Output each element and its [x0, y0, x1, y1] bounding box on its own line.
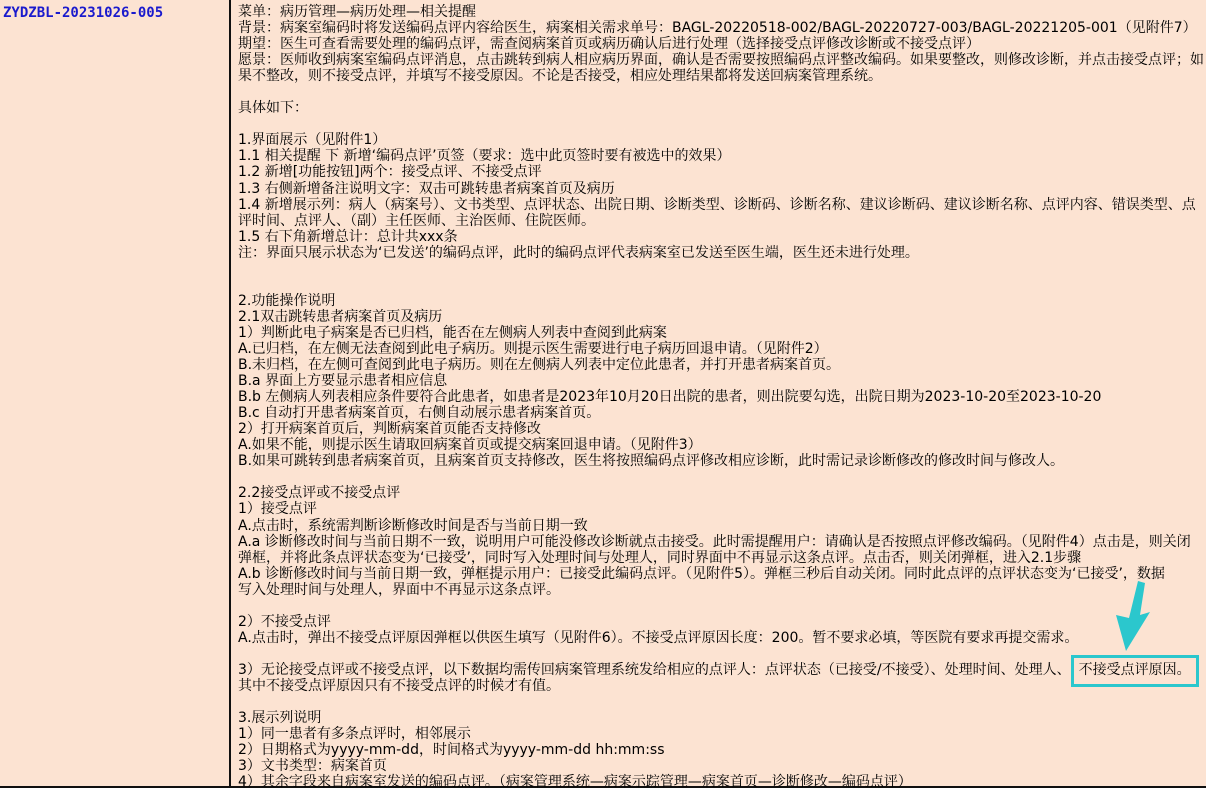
text-line [238, 116, 1204, 132]
text-line: 写入处理时间与处理人，界面中不再显示这条点评。 [238, 582, 1204, 598]
text-line: B.c 自动打开患者病案首页，右侧自动展示患者病案首页。 [238, 405, 1204, 421]
text-line: 2）日期格式为yyyy-mm-dd，时间格式为yyyy-mm-dd hh:mm:… [238, 742, 1204, 758]
text-line: 注：界面只展示状态为‘已发送’的编码点评，此时的编码点评代表病案室已发送至医生端… [238, 245, 1204, 261]
text-line: 评时间、点评人、（副）主任医师、主治医师、住院医师。 [238, 213, 1204, 229]
text-line: 4）其余字段来自病案室发送的编码点评。（病案管理系统—病案示踪管理—病案首页—诊… [238, 774, 1204, 790]
text-line: A.b 诊断修改时间与当前日期一致，弹框提示用户：已接受此编码点评。（见附件5）… [238, 566, 1204, 582]
arrow-shape [1116, 581, 1150, 651]
text-line: 2.功能操作说明 [238, 293, 1204, 309]
text-line: 1.1 相关提醒 下 新增‘编码点评’页签（要求：选中此页签时要有被选中的效果） [238, 148, 1204, 164]
text-line: A.点击时，系统需判断诊断修改时间是否与当前日期一致 [238, 518, 1204, 534]
text-line: 2）打开病案首页后，判断病案首页能否支持修改 [238, 421, 1204, 437]
text-line: 3.展示列说明 [238, 710, 1204, 726]
text-line [238, 84, 1204, 100]
text-line [238, 646, 1204, 662]
text-line [238, 694, 1204, 710]
text-line: 1.2 新增[功能按钮]两个：接受点评、不接受点评 [238, 164, 1204, 180]
text-line: 弹框，并将此条点评状态变为‘已接受’，同时写入处理时间与处理人，同时界面中不再显… [238, 550, 1204, 566]
text-line [238, 469, 1204, 485]
text-line: 具体如下： [238, 100, 1204, 116]
text-line [238, 598, 1204, 614]
text-line: 背景：病案室编码时将发送编码点评内容给医生，病案相关需求单号：BAGL-2022… [238, 20, 1204, 36]
highlighted-phrase: 不接受点评原因。 [1071, 655, 1199, 687]
text-line: A.如果不能，则提示医生请取回病案首页或提交病案回退申请。（见附件3） [238, 437, 1204, 453]
text-line: 2.1双击跳转患者病案首页及病历 [238, 309, 1204, 325]
text-line [238, 261, 1204, 277]
text-line: 1）接受点评 [238, 501, 1204, 517]
text-line: 期望：医生可查看需要处理的编码点评，需查阅病案首页或病历确认后进行处理（选择接受… [238, 36, 1204, 52]
text-line-segment: 3）无论接受点评或不接受点评，以下数据均需传回病案管理系统发给相应的点评人：点评… [238, 662, 1071, 678]
text-line: B.b 左侧病人列表相应条件要符合此患者，如患者是2023年10月20日出院的患… [238, 389, 1204, 405]
text-line: 1.5 右下角新增总计：总计共xxx条 [238, 229, 1204, 245]
text-line: 1.4 新增展示列：病人（病案号）、文书类型、点评状态、出院日期、诊断类型、诊断… [238, 197, 1204, 213]
text-line: A.a 诊断修改时间与当前日期不一致，说明用户可能没修改诊断就点击接受。此时需提… [238, 534, 1204, 550]
text-line: 其中不接受点评原因只有不接受点评的时候才有值。 [238, 678, 1204, 694]
text-line: 1.界面展示（见附件1） [238, 132, 1204, 148]
text-line: A.已归档，在左侧无法查阅到此电子病历。则提示医生需要进行电子病历回退申请。（见… [238, 341, 1204, 357]
text-line: 1）同一患者有多条点评时，相邻展示 [238, 726, 1204, 742]
document-body: 菜单：病历管理—病历处理—相关提醒背景：病案室编码时将发送编码点评内容给医生，病… [238, 4, 1204, 790]
text-line: 果不整改，则不接受点评，并填写不接受原因。不论是否接受，相应处理结果都将发送回病… [238, 68, 1204, 84]
text-line: 愿景：医师收到病案室编码点评消息，点击跳转到病人相应病历界面，确认是否需要按照编… [238, 52, 1204, 68]
text-line: 2）不接受点评 [238, 614, 1204, 630]
text-line: 3）文书类型：病案首页 [238, 758, 1204, 774]
text-line: B.a 界面上方要显示患者相应信息 [238, 373, 1204, 389]
text-line: A.点击时，弹出不接受点评原因弹框以供医生填写（见附件6）。不接受点评原因长度：… [238, 630, 1204, 646]
text-line: 3）无论接受点评或不接受点评，以下数据均需传回病案管理系统发给相应的点评人：点评… [238, 662, 1204, 678]
left-sidebar: ZYDZBL-20231026-005 [0, 0, 231, 786]
text-line [238, 277, 1204, 293]
text-line: 菜单：病历管理—病历处理—相关提醒 [238, 4, 1204, 20]
text-line: 1.3 右侧新增备注说明文字：双击可跳转患者病案首页及病历 [238, 181, 1204, 197]
text-line: 2.2接受点评或不接受点评 [238, 485, 1204, 501]
text-line: B.如果可跳转到患者病案首页，且病案首页支持修改，医生将按照编码点评修改相应诊断… [238, 453, 1204, 469]
arrow-pointing-down-left-icon [1110, 581, 1152, 653]
document-panel: ZYDZBL-20231026-005 菜单：病历管理—病历处理—相关提醒背景：… [0, 0, 1206, 788]
doc-id-label: ZYDZBL-20231026-005 [3, 5, 163, 21]
text-line: B.未归档，在左侧可查阅到此电子病历。则在左侧病人列表中定位此患者，并打开患者病… [238, 357, 1204, 373]
text-line: 1）判断此电子病案是否已归档，能否在左侧病人列表中查阅到此病案 [238, 325, 1204, 341]
